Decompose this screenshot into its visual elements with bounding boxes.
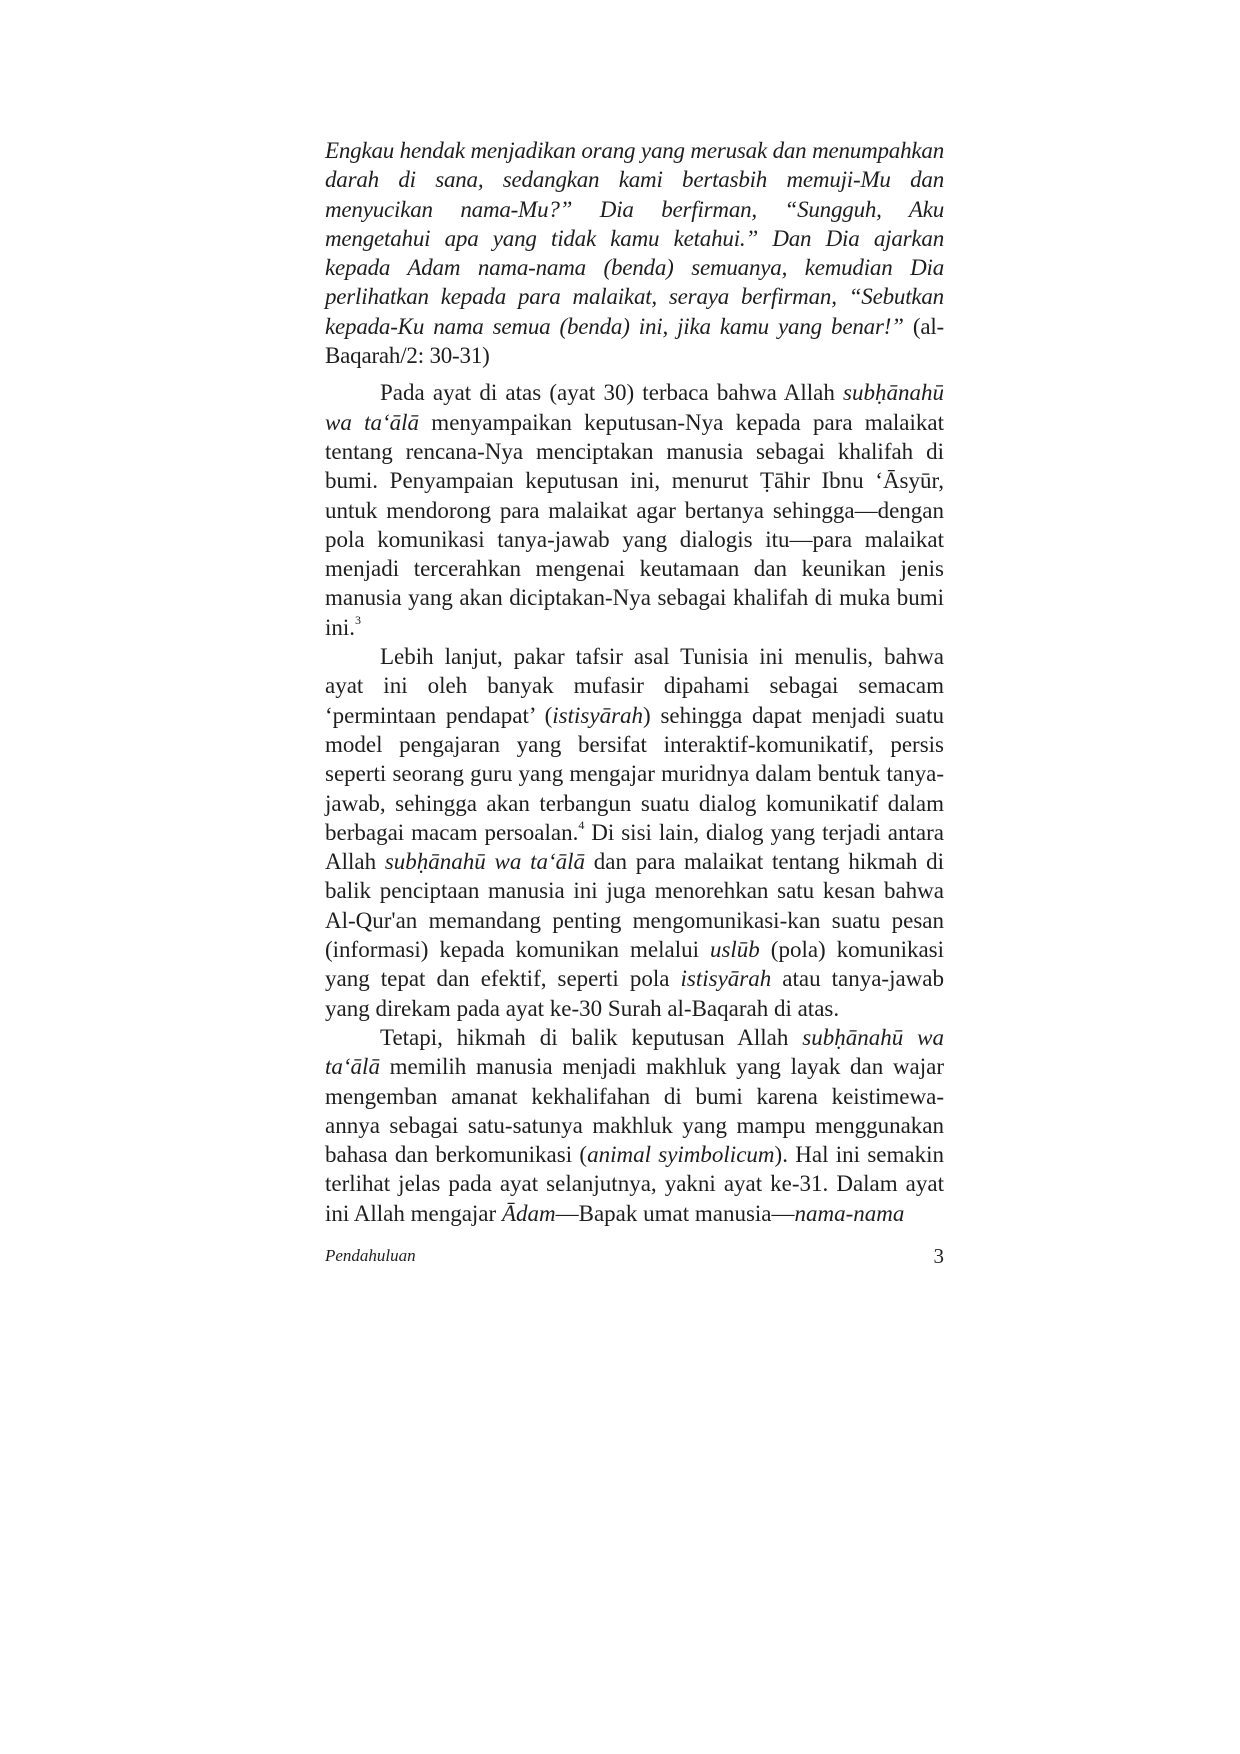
footnote-marker[interactable]: 4 (578, 818, 584, 832)
quotation-text: Engkau hendak menjadikan orang yang meru… (325, 138, 944, 339)
italic-term: subḥānahū wa ta‘ālā (385, 849, 585, 874)
body-text: Engkau hendak menjadikan orang yang meru… (325, 136, 944, 1228)
page-number: 3 (934, 1244, 945, 1269)
italic-term: istisyārah (552, 703, 643, 728)
italic-term: uslūb (710, 937, 760, 962)
italic-term: nama-nama (795, 1201, 905, 1226)
paragraph-3: Tetapi, hikmah di balik keputusan Allah … (325, 1023, 944, 1228)
text-segment: —Bapak umat manusia— (556, 1201, 795, 1226)
text-segment: menyampaikan keputusan-Nya kepada para m… (325, 410, 944, 640)
italic-term: Ādam (502, 1201, 556, 1226)
paragraph-1: Pada ayat di atas (ayat 30) terbaca bahw… (325, 378, 944, 642)
running-title: Pendahuluan (325, 1246, 416, 1266)
text-segment: Pada ayat di atas (ayat 30) terbaca bahw… (380, 380, 843, 405)
footnote-marker[interactable]: 3 (355, 613, 361, 627)
document-page: Engkau hendak menjadikan orang yang meru… (0, 0, 1240, 1754)
italic-term: istisyārah (681, 966, 772, 991)
page-footer: Pendahuluan 3 (325, 1246, 944, 1270)
text-segment: Tetapi, hikmah di balik keputusan Allah (380, 1025, 802, 1050)
paragraph-2: Lebih lanjut, pakar tafsir asal Tunisia … (325, 642, 944, 1023)
italic-term: animal syimbolicum (587, 1142, 774, 1167)
quran-quotation: Engkau hendak menjadikan orang yang meru… (325, 136, 944, 370)
